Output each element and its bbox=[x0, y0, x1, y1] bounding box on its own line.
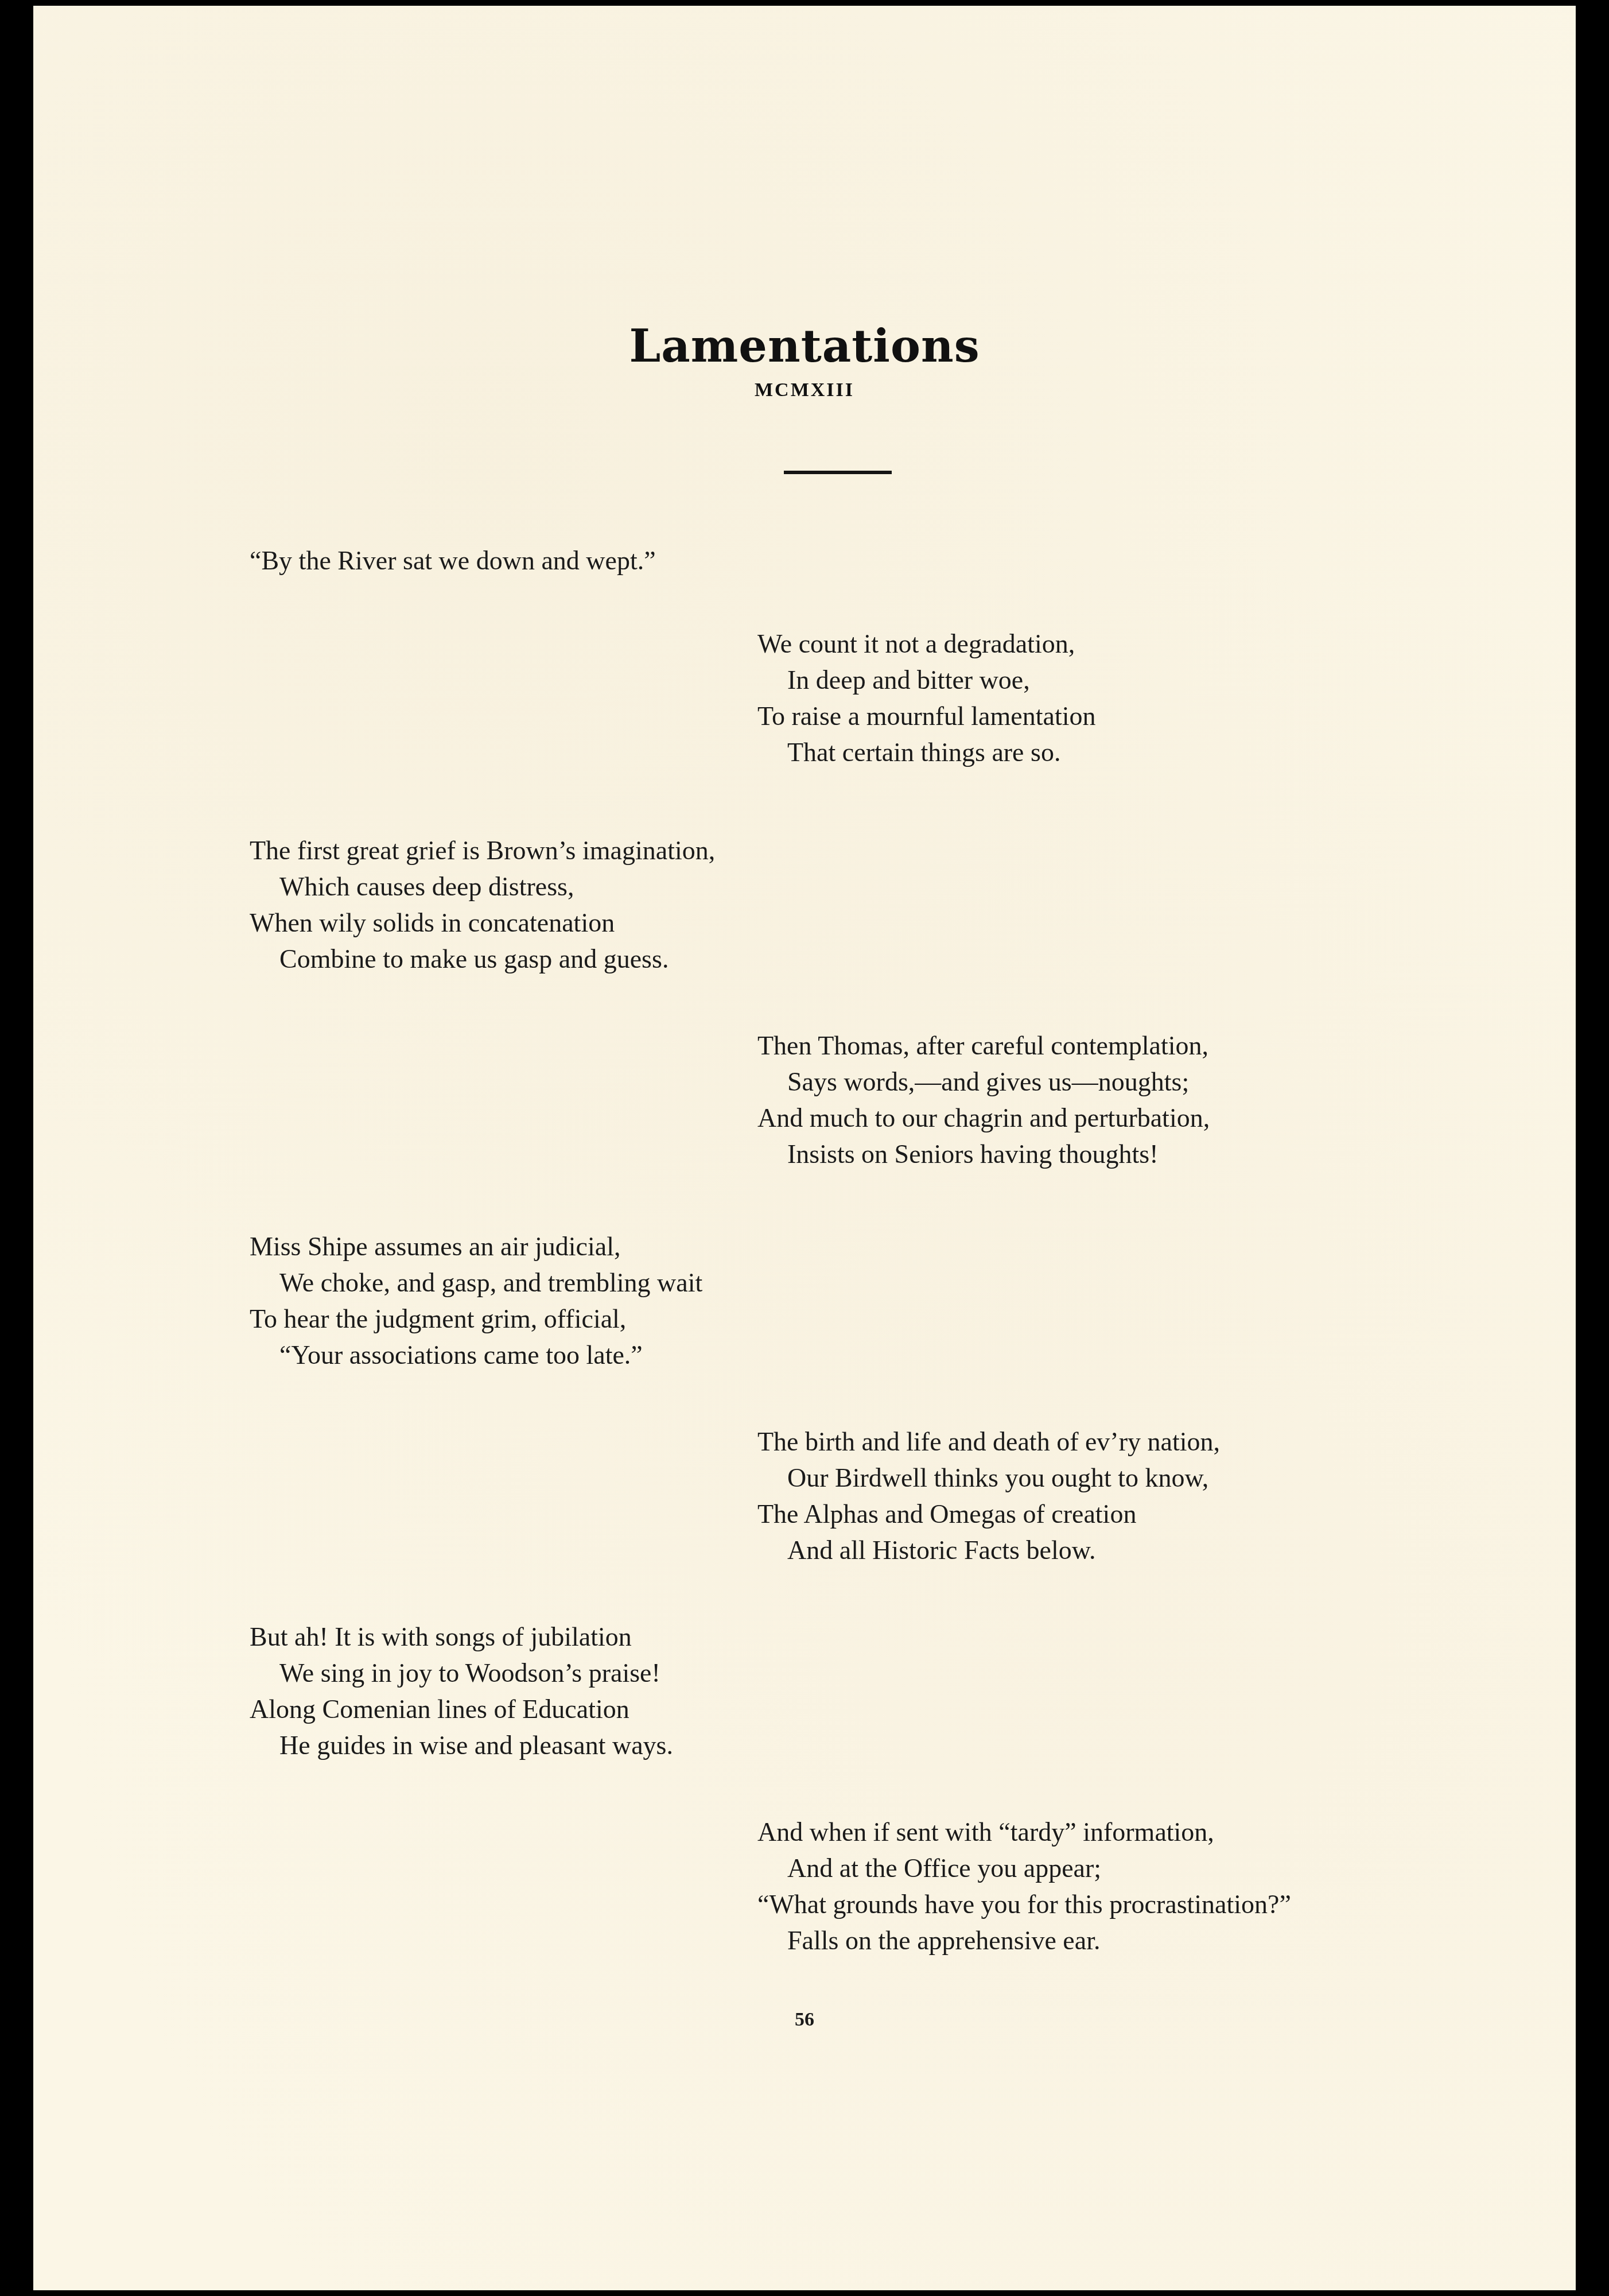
stanza-line: The first great grief is Brown’s imagina… bbox=[250, 832, 715, 868]
stanza-line: We choke, and gasp, and trembling wait bbox=[250, 1265, 702, 1301]
title-block: Lamentations MCMXIII bbox=[33, 324, 1576, 401]
stanza-line: Our Birdwell thinks you ought to know, bbox=[757, 1460, 1220, 1496]
stanza-line: Insists on Seniors having thoughts! bbox=[757, 1136, 1210, 1172]
stanza-line: And at the Office you appear; bbox=[757, 1850, 1291, 1886]
stanza-line: In deep and bitter woe, bbox=[757, 662, 1096, 698]
stanza-line: To hear the judgment grim, official, bbox=[250, 1301, 702, 1337]
stanza-line: And when if sent with “tardy” informatio… bbox=[757, 1814, 1291, 1850]
stanza-line: That certain things are so. bbox=[757, 734, 1096, 770]
stanza-line: He guides in wise and pleasant ways. bbox=[250, 1727, 673, 1763]
stanza-1: We count it not a degradation, In deep a… bbox=[757, 626, 1096, 770]
page-title: Lamentations bbox=[33, 324, 1576, 369]
stanza-line: Falls on the apprehensive ear. bbox=[757, 1922, 1291, 1958]
stanza-3: Then Thomas, after careful contemplation… bbox=[757, 1027, 1210, 1172]
stanza-line: We sing in joy to Woodson’s praise! bbox=[250, 1655, 673, 1691]
stanza-2: The first great grief is Brown’s imagina… bbox=[250, 832, 715, 977]
stanza-line: The birth and life and death of ev’ry na… bbox=[757, 1424, 1220, 1460]
stanza-line: Along Comenian lines of Education bbox=[250, 1691, 673, 1727]
stanza-5: The birth and life and death of ev’ry na… bbox=[757, 1424, 1220, 1568]
stanza-line: But ah! It is with songs of jubilation bbox=[250, 1619, 673, 1655]
stanza-7: And when if sent with “tardy” informatio… bbox=[757, 1814, 1291, 1958]
page-subtitle-year: MCMXIII bbox=[33, 379, 1576, 401]
stanza-line: Which causes deep distress, bbox=[250, 868, 715, 905]
stanza-line: Says words,—and gives us—noughts; bbox=[757, 1064, 1210, 1100]
stanza-line: When wily solids in concatenation bbox=[250, 905, 715, 941]
stanza-line: Combine to make us gasp and guess. bbox=[250, 941, 715, 977]
page-number: 56 bbox=[33, 2009, 1576, 2031]
stanza-line: The Alphas and Omegas of creation bbox=[757, 1496, 1220, 1532]
title-divider-rule bbox=[784, 471, 892, 474]
stanza-line: “What grounds have you for this procrast… bbox=[757, 1886, 1291, 1922]
stanza-4: Miss Shipe assumes an air judicial, We c… bbox=[250, 1228, 702, 1373]
stanza-line: Miss Shipe assumes an air judicial, bbox=[250, 1228, 702, 1265]
stanza-6: But ah! It is with songs of jubilation W… bbox=[250, 1619, 673, 1763]
scanned-page: Lamentations MCMXIII “By the River sat w… bbox=[33, 6, 1576, 2290]
stanza-line: And all Historic Facts below. bbox=[757, 1532, 1220, 1568]
stanza-line: To raise a mournful lamentation bbox=[757, 698, 1096, 734]
stanza-line: “Your associations came too late.” bbox=[250, 1337, 702, 1373]
stanza-line: Then Thomas, after careful contemplation… bbox=[757, 1027, 1210, 1064]
stanza-line: We count it not a degradation, bbox=[757, 626, 1096, 662]
epigraph: “By the River sat we down and wept.” bbox=[250, 545, 656, 576]
stanza-line: And much to our chagrin and perturbation… bbox=[757, 1100, 1210, 1136]
